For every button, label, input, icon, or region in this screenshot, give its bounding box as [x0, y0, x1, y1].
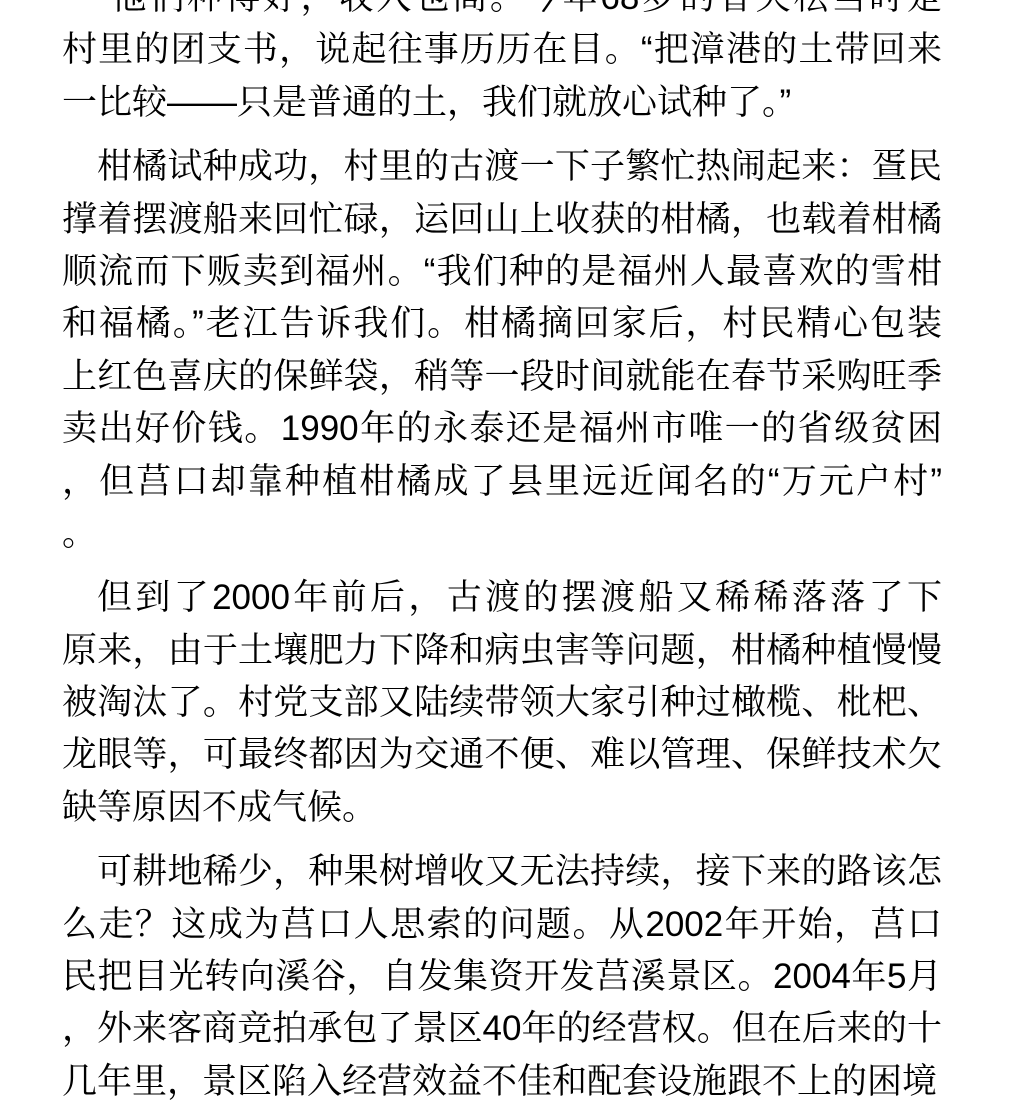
text-line: 撑着摆渡船来回忙碌，运回山上收获的柑橘，也载着柑橘	[62, 194, 942, 246]
text-line: 和福橘。”老江告诉我们。柑橘摘回家后，村民精心包装	[62, 298, 942, 350]
text-line: 被淘汰了。村党支部又陆续带领大家引种过橄榄、枇杷、	[62, 677, 942, 729]
text-line: 一比较——只是普通的土，我们就放心试种了。”	[62, 77, 942, 129]
text-line: 。	[62, 508, 942, 560]
text-line: 顺流而下贩卖到福州。“我们种的是福州人最喜欢的雪柑	[62, 246, 942, 298]
paragraph: “他们种得好，收入也高。”今年68岁的曾天松当时是村里的团支书，说起往事历历在目…	[62, 0, 942, 129]
text-line: 原来，由于土壤肥力下降和病虫害等问题，柑橘种植慢慢	[62, 625, 942, 677]
text-line: 几年里，景区陷入经营效益不佳和配套设施跟不上的困境	[62, 1056, 942, 1096]
text-line: 但到了2000年前后，古渡的摆渡船又稀稀落落了下来。	[62, 572, 942, 624]
text-line: ，但莒口却靠种植柑橘成了县里远近闻名的“万元户村”	[62, 456, 942, 508]
text-line: ，外来客商竞拍承包了景区40年的经营权。但在后来的十	[62, 1003, 942, 1055]
paragraph: 可耕地稀少，种果树增收又无法持续，接下来的路该怎么走？这成为莒口人思索的问题。从…	[62, 846, 942, 1096]
page: { "page": { "background_color": "#ffffff…	[0, 0, 1024, 1096]
paragraph: 但到了2000年前后，古渡的摆渡船又稀稀落落了下来。原来，由于土壤肥力下降和病虫…	[62, 572, 942, 834]
text-line: 民把目光转向溪谷，自发集资开发莒溪景区。2004年5月	[62, 951, 942, 1003]
text-line: 柑橘试种成功，村里的古渡一下子繁忙热闹起来：疍民	[62, 141, 942, 193]
text-line: 可耕地稀少，种果树增收又无法持续，接下来的路该怎	[62, 846, 942, 898]
paragraph: 柑橘试种成功，村里的古渡一下子繁忙热闹起来：疍民撑着摆渡船来回忙碌，运回山上收获…	[62, 141, 942, 560]
text-line: “他们种得好，收入也高。”今年68岁的曾天松当时是	[62, 0, 942, 24]
text-line: 缺等原因不成气候。	[62, 782, 942, 834]
text-line: 村里的团支书，说起往事历历在目。“把漳港的土带回来	[62, 24, 942, 76]
article-text: “他们种得好，收入也高。”今年68岁的曾天松当时是村里的团支书，说起往事历历在目…	[62, 0, 942, 1096]
text-line: 龙眼等，可最终都因为交通不便、难以管理、保鲜技术欠	[62, 729, 942, 781]
text-line: 卖出好价钱。1990年的永泰还是福州市唯一的省级贫困县	[62, 403, 942, 455]
text-line: 上红色喜庆的保鲜袋，稍等一段时间就能在春节采购旺季	[62, 351, 942, 403]
text-line: 么走？这成为莒口人思索的问题。从2002年开始，莒口村	[62, 899, 942, 951]
